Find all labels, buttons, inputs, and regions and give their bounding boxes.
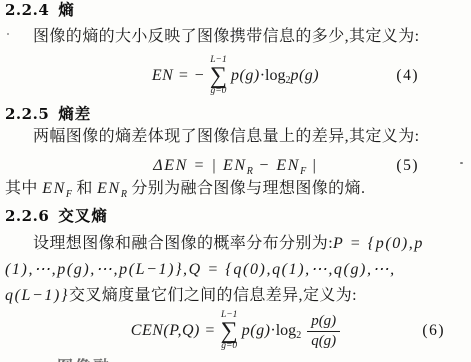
- entropy-difference-intro-paragraph: 两幅图像的熵差体现了图像信息量上的差异,其定义为:: [5, 127, 447, 146]
- section-number: 2.2.5: [5, 106, 49, 123]
- sum-lower-limit: g=0: [211, 87, 227, 96]
- equation-4: EN = − L−1 ∑ g=0 p(g) ·log 2 p(g) (4): [0, 52, 471, 100]
- eq4-lhs: EN = −: [152, 67, 205, 85]
- equation-number-5: (5): [396, 157, 419, 175]
- sigma-icon: ∑: [221, 320, 238, 342]
- equation-6: CEN(P,Q) = L−1 ∑ g=0 p(g) ·log 2 p(g) q(…: [0, 305, 471, 357]
- eq4-term1: p(g): [231, 67, 260, 85]
- equation-number-6: (6): [422, 322, 445, 340]
- equation-5: ΔEN = | ENR − ENF | (5): [0, 154, 471, 178]
- entropy-intro-paragraph: 图像的熵的大小反映了图像携带信息的多少,其定义为:: [5, 27, 447, 46]
- section-heading-entropy: 2.2.4 熵: [5, 2, 75, 19]
- eq4-log-base: 2: [285, 75, 290, 86]
- eq6-log: ·log: [270, 322, 296, 340]
- section-number: 2.2.4: [5, 2, 49, 19]
- cropped-next-line-fragment: 图像融: [57, 354, 117, 362]
- section-number: 2.2.6: [5, 208, 49, 225]
- fraction-denominator: q(g): [311, 332, 336, 349]
- eq6-term1: p(g): [242, 322, 271, 340]
- cross-entropy-paragraph-line1: 设理想图像和融合图像的概率分布分别为:P = {p(0),p: [5, 234, 447, 253]
- equation-number-4: (4): [396, 67, 419, 85]
- scan-speck-left: [7, 33, 9, 35]
- eq6-fraction: p(g) q(g): [307, 314, 340, 349]
- section-title: 熵差: [58, 106, 91, 123]
- section-title: 交叉熵: [58, 208, 108, 225]
- cross-entropy-paragraph-line2: (1),⋯,p(g),⋯,p(L−1)},Q = {q(0),q(1),⋯,q(…: [5, 260, 447, 279]
- sigma-icon: ∑: [210, 65, 227, 87]
- eq6-lhs: CEN(P,Q) =: [131, 322, 216, 340]
- section-heading-cross-entropy: 2.2.6 交叉熵: [5, 208, 108, 225]
- fraction-numerator: p(g): [307, 314, 340, 332]
- summation-symbol: L−1 ∑ g=0: [221, 311, 238, 351]
- eq5-body: ΔEN = | ENR − ENF |: [153, 157, 318, 175]
- sum-lower-limit: g=0: [221, 342, 237, 351]
- eq4-term2: p(g): [290, 67, 319, 85]
- scanned-paper-page: 2.2.4 熵 图像的熵的大小反映了图像携带信息的多少,其定义为: EN = −…: [0, 0, 471, 362]
- section-heading-entropy-difference: 2.2.5 熵差: [5, 106, 91, 123]
- summation-symbol: L−1 ∑ g=0: [210, 56, 227, 96]
- eq6-log-base: 2: [296, 330, 301, 341]
- cross-entropy-paragraph-line3: q(L−1)}交叉熵度量它们之间的信息差异,定义为:: [5, 286, 447, 305]
- entropy-difference-note: 其中 ENF 和 ENR 分别为融合图像与理想图像的熵.: [5, 179, 447, 200]
- scan-speck-right: [460, 162, 463, 164]
- eq4-log: ·log: [260, 67, 286, 85]
- section-title: 熵: [58, 2, 75, 19]
